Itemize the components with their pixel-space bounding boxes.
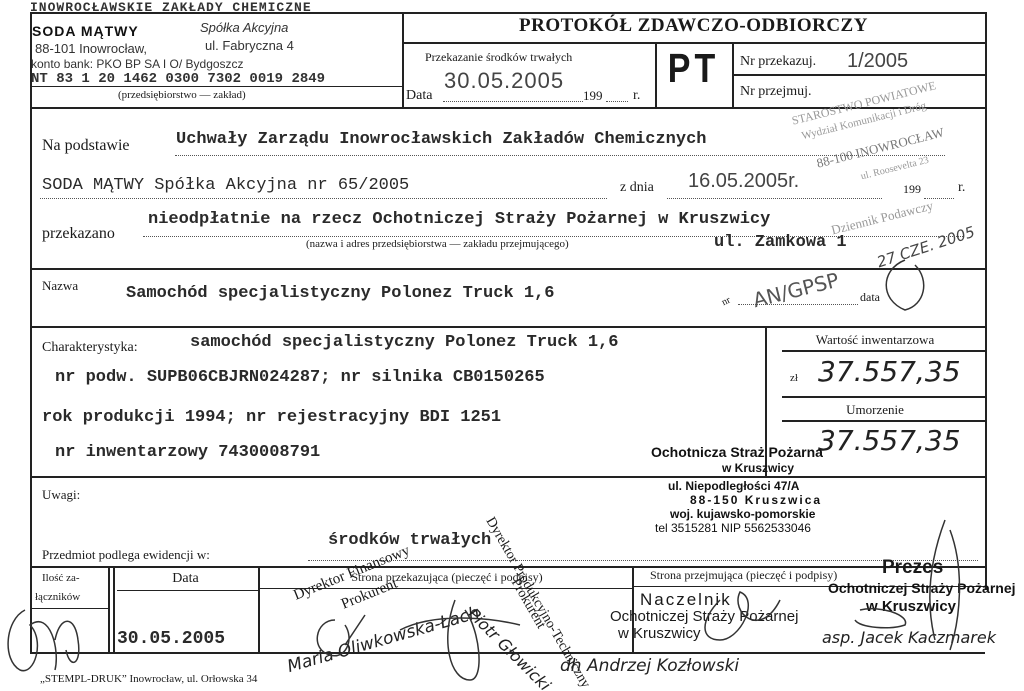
handwritten-signatures — [0, 0, 1024, 691]
printer-imprint: „STEMPL-DRUK” Inowrocław, ul. Orłowska 3… — [40, 673, 257, 685]
